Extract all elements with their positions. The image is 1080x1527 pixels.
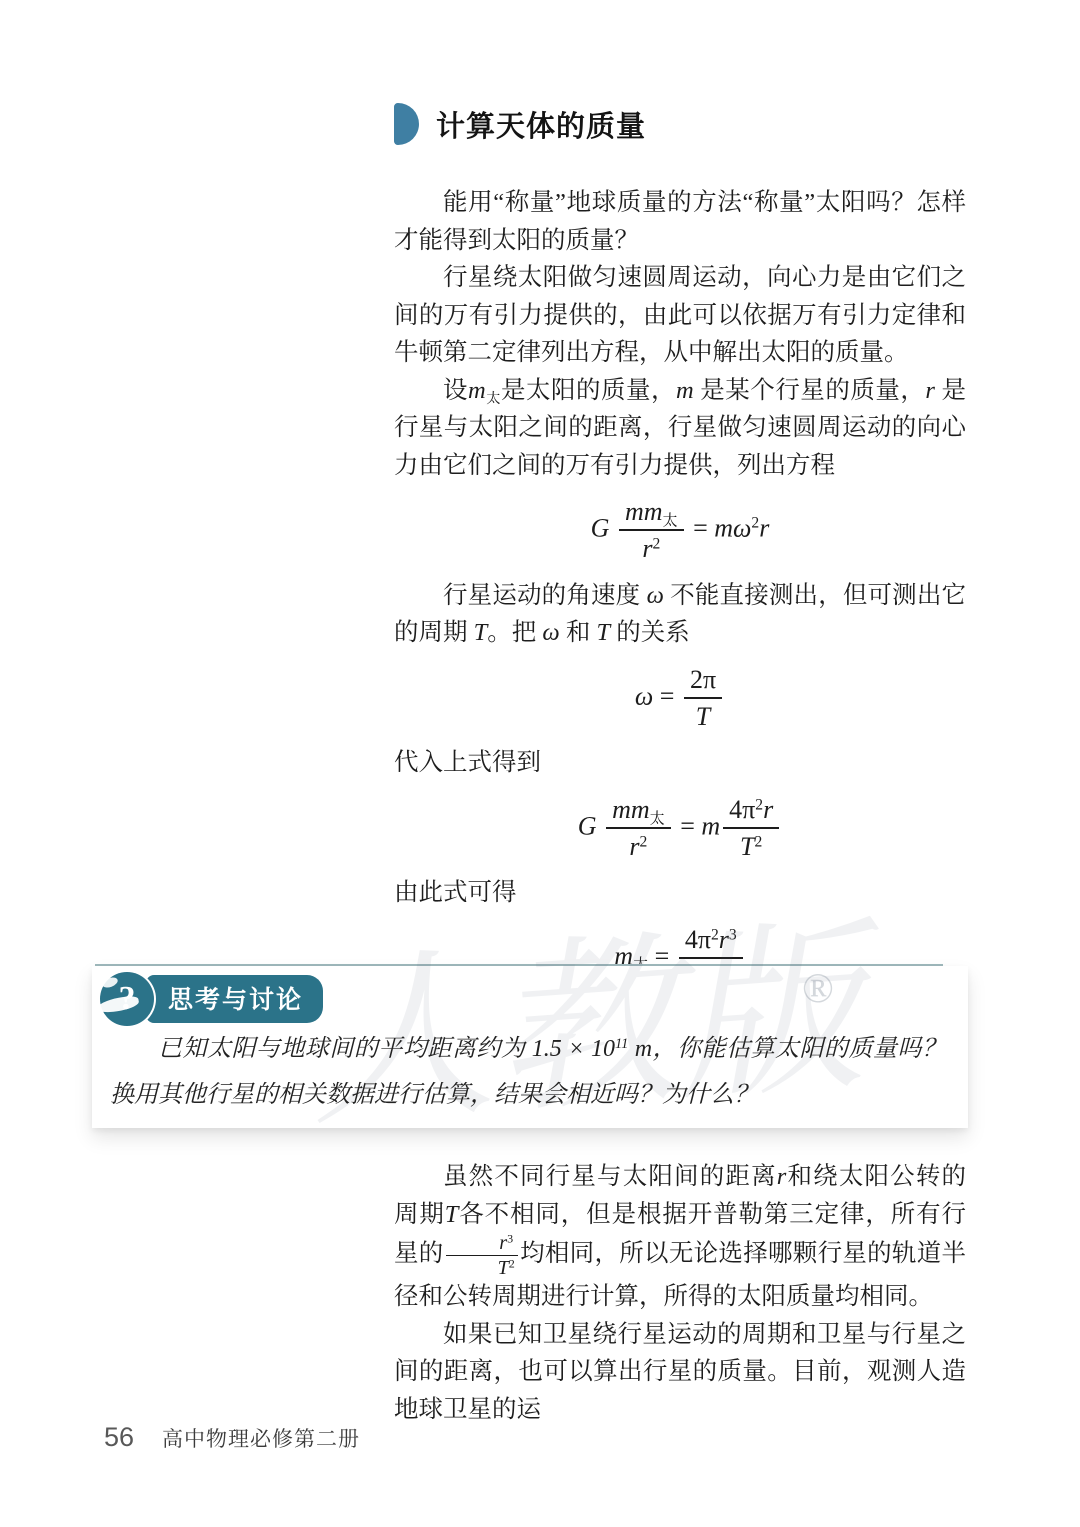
formula-substituted: G mm太r2 = m4π2rT2 (394, 795, 966, 862)
body-paragraph: 行星运动的角速度 ω 不能直接测出，但可测出它的周期 T。把 ω 和 T 的关系 (394, 577, 966, 652)
think-discuss-question: 已知太阳与地球间的平均距离约为 1.5 × 1011 m，你能估算太阳的质量吗？… (110, 1026, 946, 1118)
body-paragraph: 设m太是太阳的质量，m 是某个行星的质量，r 是行星与太阳之间的距离，行星做匀速… (394, 372, 966, 485)
section-marker-icon (394, 103, 419, 145)
book-title: 高中物理必修第二册 (162, 1423, 360, 1453)
think-discuss-badge-label: 思考与讨论 (146, 975, 323, 1023)
body-paragraph: 由此式可得 (394, 874, 966, 912)
body-paragraph: 虽然不同行星与太阳间的距离r和绕太阳公转的周期T各不相同，但是根据开普勒第三定律… (394, 1158, 966, 1316)
section-title: 计算天体的质量 (436, 104, 646, 145)
formula-omega-period: ω = 2πT (394, 665, 966, 732)
body-paragraph: 如果已知卫星绕行星运动的周期和卫星与行星之间的距离，也可以算出行星的质量。目前，… (394, 1316, 966, 1429)
body-paragraph: 行星绕太阳做匀速圆周运动，向心力是由它们之间的万有引力提供的，由此可以依据万有引… (394, 259, 966, 372)
main-text-column-lower: 虽然不同行星与太阳间的距离r和绕太阳公转的周期T各不相同，但是根据开普勒第三定律… (394, 1158, 966, 1428)
section-heading: 计算天体的质量 (394, 103, 646, 145)
globe-question-icon: ? (100, 972, 154, 1026)
formula-gravity-centripetal: G mm太r2 = mω2r (394, 497, 966, 564)
main-text-column: 能用“称量”地球质量的方法“称量”太阳吗？怎样才能得到太阳的质量？ 行星绕太阳做… (394, 184, 966, 1079)
body-paragraph: 能用“称量”地球质量的方法“称量”太阳吗？怎样才能得到太阳的质量？ (394, 184, 966, 259)
textbook-page: 计算天体的质量 能用“称量”地球质量的方法“称量”太阳吗？怎样才能得到太阳的质量… (0, 0, 1080, 1527)
think-discuss-badge: ? 思考与讨论 (100, 972, 323, 1026)
think-discuss-box: 人教版 ® ? 思考与讨论 已知太阳与地球间的平均距离约为 1.5 × 1011… (92, 966, 968, 1128)
registered-trademark: ® (802, 968, 834, 1010)
page-number: 56 (104, 1422, 134, 1453)
page-footer: 56 高中物理必修第二册 (104, 1422, 360, 1453)
body-paragraph: 代入上式得到 (394, 744, 966, 782)
